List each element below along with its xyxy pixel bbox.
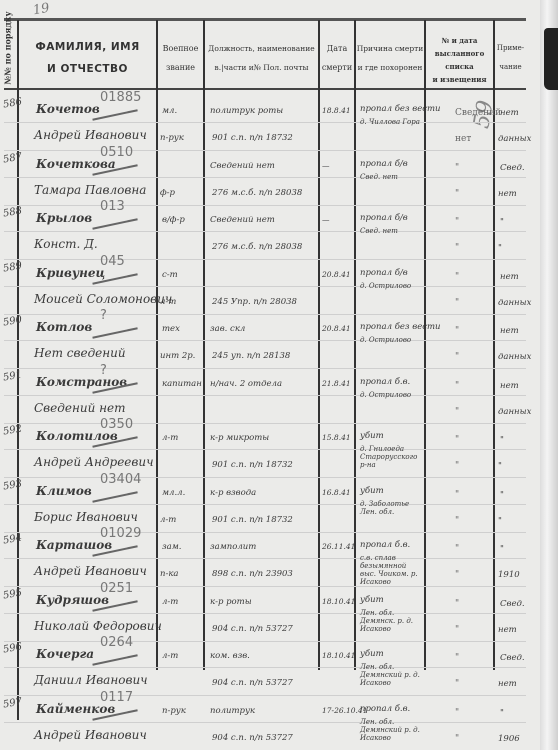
- surname: Кудряшов: [36, 593, 109, 607]
- position-line-1: политрук: [210, 706, 255, 716]
- burial-place: Лен. обл. Демянск. р. д. Исаково: [360, 609, 424, 633]
- death-date: 26.11.41: [322, 542, 355, 551]
- rank-line-2: л-т: [160, 297, 176, 307]
- list-line-2: ": [455, 189, 459, 199]
- archive-ref: 013: [100, 199, 125, 214]
- cause-line-1: убит: [360, 649, 384, 659]
- surname: Крылов: [36, 211, 92, 225]
- given-name: Тамара Павловна: [34, 183, 146, 197]
- list-line-1: Сведений: [455, 108, 501, 118]
- rank-line-1: л-т: [162, 651, 178, 661]
- archive-ref: 0117: [100, 690, 133, 705]
- position-unit: 901 с.п. п/п 18732: [212, 515, 293, 525]
- rank-line-1: мл.л.: [162, 488, 185, 498]
- list-line-1: ": [455, 708, 459, 718]
- burial-place: д. Чиллова Гора: [360, 118, 424, 126]
- note-line-1: Свед.: [500, 163, 525, 173]
- death-date: 21.8.41: [322, 379, 351, 388]
- given-name: Николай Федорович: [34, 619, 162, 633]
- list-line-1: ": [455, 326, 459, 336]
- rank-line-2: л-т: [160, 515, 176, 525]
- burial-place: д. Острилово: [360, 282, 424, 290]
- header-rank: Воепноезвание: [158, 42, 203, 74]
- given-name: Конст. Д.: [34, 237, 98, 251]
- cause-line-1: пропал б/в: [360, 159, 408, 169]
- archive-ref: ?: [100, 363, 107, 378]
- row-rule: [4, 586, 526, 587]
- position-line-1: к-р роты: [210, 597, 252, 607]
- list-line-2: ": [455, 679, 459, 689]
- position-unit: 276 м.с.б. п/п 28038: [212, 242, 302, 252]
- rank-line-2: инт 2р.: [160, 351, 195, 361]
- surname: Кочетов: [36, 102, 100, 116]
- list-line-2: ": [455, 625, 459, 635]
- row-rule: [4, 205, 526, 206]
- header-position: Должность, наименованиев.|части и№ Пол. …: [205, 42, 318, 74]
- row-rule: [4, 695, 526, 696]
- death-date: 15.8.41: [322, 433, 351, 442]
- given-name: Андрей Иванович: [34, 564, 147, 578]
- list-line-2: ": [455, 243, 459, 253]
- cause-line-1: убит: [360, 486, 384, 496]
- given-name: Андрей Андреевич: [34, 455, 154, 469]
- list-line-2: ": [455, 352, 459, 362]
- cause-line-1: пропал б.в.: [360, 540, 410, 550]
- note-line-2: нет: [498, 189, 517, 199]
- note-line-2: ": [498, 243, 502, 253]
- cause-line-1: пропал без вести: [360, 322, 441, 332]
- position-line-1: н/нач. 2 отдела: [210, 379, 282, 389]
- list-line-2: нет: [455, 134, 471, 144]
- note-line-2: данных: [498, 352, 531, 362]
- position-unit: 898 с.п. п/п 23903: [212, 569, 293, 579]
- position-unit: 904 с.п. п/п 53727: [212, 624, 293, 634]
- row-rule: [4, 368, 526, 369]
- row-rule: [4, 449, 526, 450]
- position-unit: 901 с.п. п/п 18732: [212, 460, 293, 470]
- archive-ref: 03404: [100, 472, 141, 487]
- list-line-1: ": [455, 217, 459, 227]
- row-rule: [4, 150, 526, 151]
- burial-place: Свед. нет: [360, 173, 424, 181]
- row-rule: [4, 667, 526, 668]
- row-rule: [4, 641, 526, 642]
- list-line-2: ": [455, 516, 459, 526]
- position-line-1: зав. скл: [210, 324, 245, 334]
- burial-place: Лен. обл. Демянский р. д. Исаково: [360, 663, 424, 687]
- header-number: №№ по порядку: [2, 25, 15, 85]
- cause-line-1: пропал б.в.: [360, 704, 410, 714]
- note-line-2: ": [498, 461, 502, 471]
- page-edge: [540, 0, 558, 750]
- given-name: Даниил Иванович: [34, 673, 148, 687]
- position-line-1: Сведений нет: [210, 161, 275, 171]
- cause-line-1: пропал б/в: [360, 268, 408, 278]
- row-rule: [4, 340, 526, 341]
- page-mark: 19: [32, 1, 51, 19]
- note-line-1: ": [500, 708, 504, 718]
- row-rule: [4, 477, 526, 478]
- given-name: Борис Иванович: [34, 510, 138, 524]
- death-date: 18.8.41: [322, 106, 351, 115]
- note-line-2: данных: [498, 134, 531, 144]
- row-rule: [4, 231, 526, 232]
- note-line-1: Свед.: [500, 599, 525, 609]
- archive-ref: 0350: [100, 417, 133, 432]
- row-rule: [4, 395, 526, 396]
- list-line-1: ": [455, 163, 459, 173]
- cause-line-1: убит: [360, 595, 384, 605]
- list-line-1: ": [455, 599, 459, 609]
- rank-line-1: капитан: [162, 379, 202, 389]
- note-line-1: ": [500, 217, 504, 227]
- burial-place: Лен. обл. Демянский р. д. Исаково: [360, 718, 424, 742]
- top-rule: [4, 18, 526, 21]
- death-date: 20.8.41: [322, 324, 351, 333]
- rank-line-1: л-т: [162, 597, 178, 607]
- burial-place: д. Острилово: [360, 336, 424, 344]
- position-unit: 245 уп. п/п 28138: [212, 351, 290, 361]
- rank-line-1: в/ф-р: [162, 215, 185, 225]
- burial-place: с.в. сплав безымянной выс. Чоиком. р. Ис…: [360, 554, 424, 586]
- note-line-2: данных: [498, 298, 531, 308]
- list-line-1: ": [455, 653, 459, 663]
- position-unit: 276 м.с.б. п/п 28038: [212, 188, 302, 198]
- note-line-1: Свед.: [500, 653, 525, 663]
- rank-line-1: тех: [162, 324, 180, 334]
- note-line-1: ": [500, 435, 504, 445]
- surname: Кривунец: [36, 266, 105, 280]
- list-line-2: ": [455, 734, 459, 744]
- row-rule: [4, 177, 526, 178]
- given-name: Андрей Иванович: [34, 728, 147, 742]
- note-line-1: нет: [500, 272, 519, 282]
- cause-line-1: пропал без вести: [360, 104, 441, 114]
- burial-place: Свед. нет: [360, 227, 424, 235]
- row-rule: [4, 613, 526, 614]
- list-line-2: ": [455, 570, 459, 580]
- cause-line-1: убит: [360, 431, 384, 441]
- row-rule: [4, 722, 526, 723]
- burial-place: д. Заболотье Лен. обл.: [360, 500, 424, 516]
- archive-ref: 01029: [100, 526, 141, 541]
- row-rule: [4, 504, 526, 505]
- rank-line-1: мл.: [162, 106, 177, 116]
- note-line-2: 1910: [498, 570, 520, 580]
- row-rule: [4, 314, 526, 315]
- list-line-1: ": [455, 381, 459, 391]
- position-line-1: замполит: [210, 542, 256, 552]
- rank-line-2: ф-р: [160, 188, 175, 198]
- row-rule: [4, 558, 526, 559]
- surname: Кочерга: [36, 647, 94, 661]
- death-date: 18.10.41: [322, 651, 355, 660]
- position-line-1: к-р микроты: [210, 433, 269, 443]
- burial-place: д. Гнилоеда Старорусского р-на: [360, 445, 424, 469]
- header-date: Датасмерти: [320, 42, 354, 74]
- list-line-2: ": [455, 298, 459, 308]
- rank-line-2: п-рук: [160, 133, 184, 143]
- position-unit: 904 с.п. п/п 53727: [212, 733, 293, 743]
- death-date: 18.10.41: [322, 597, 355, 606]
- given-name: Андрей Иванович: [34, 128, 147, 142]
- archive-ref: ?: [100, 308, 107, 323]
- note-line-2: 1906: [498, 734, 520, 744]
- rank-line-1: зам.: [162, 542, 181, 552]
- note-line-1: ": [500, 490, 504, 500]
- note-line-2: данных: [498, 407, 531, 417]
- row-rule: [4, 532, 526, 533]
- list-line-1: ": [455, 272, 459, 282]
- archive-ref: 0264: [100, 635, 133, 650]
- surname: Климов: [36, 484, 92, 498]
- row-rule: [4, 259, 526, 260]
- note-line-2: нет: [498, 625, 517, 635]
- position-line-1: к-р взвода: [210, 488, 256, 498]
- list-line-1: ": [455, 435, 459, 445]
- death-date: —: [322, 215, 330, 224]
- note-line-1: ": [500, 544, 504, 554]
- given-name: Сведений нет: [34, 401, 126, 415]
- header-name: ФАМИЛИЯ, ИМЯИ ОТЧЕСТВО: [19, 36, 156, 80]
- archive-ref: 0251: [100, 581, 133, 596]
- list-line-1: ": [455, 490, 459, 500]
- header-rule: [4, 88, 526, 90]
- death-date: —: [322, 161, 330, 170]
- cause-line-1: пропал б/в: [360, 213, 408, 223]
- rank-line-1: с-т: [162, 270, 178, 280]
- list-line-2: ": [455, 407, 459, 417]
- position-line-1: политрук роты: [210, 106, 283, 116]
- note-line-2: нет: [498, 679, 517, 689]
- archive-ref: 045: [100, 254, 125, 269]
- position-unit: 245 Упр. п/п 28038: [212, 297, 297, 307]
- header-cause: Причина смертии где похоронен: [356, 42, 424, 74]
- note-line-2: ": [498, 516, 502, 526]
- position-line-1: Сведений нет: [210, 215, 275, 225]
- given-name: Нет сведений: [34, 346, 126, 360]
- ink-blot: [544, 28, 558, 90]
- position-unit: 901 с.п. п/п 18732: [212, 133, 293, 143]
- burial-place: д. Острилово: [360, 391, 424, 399]
- given-name: Моисей Соломонович: [34, 292, 172, 306]
- rank-line-1: п-рук: [162, 706, 186, 716]
- position-line-1: ком. взв.: [210, 651, 250, 661]
- note-line-1: нет: [500, 326, 519, 336]
- death-date: 16.8.41: [322, 488, 351, 497]
- cause-line-1: пропал б.в.: [360, 377, 410, 387]
- list-line-1: ": [455, 544, 459, 554]
- note-line-1: нет: [500, 108, 519, 118]
- note-line-1: нет: [500, 381, 519, 391]
- header-list: № и датавысланного спискаи извещения: [426, 34, 493, 86]
- surname: Котлов: [36, 320, 92, 334]
- row-rule: [4, 423, 526, 424]
- position-unit: 904 с.п. п/п 53727: [212, 678, 293, 688]
- row-rule: [4, 122, 526, 123]
- archive-ref: 01885: [100, 90, 141, 105]
- death-date: 20.8.41: [322, 270, 351, 279]
- list-line-2: ": [455, 461, 459, 471]
- header-note: Приме-чание: [495, 42, 526, 74]
- row-rule: [4, 286, 526, 287]
- archive-ref: 0510: [100, 145, 133, 160]
- rank-line-2: п-ка: [160, 569, 179, 579]
- rank-line-1: л-т: [162, 433, 178, 443]
